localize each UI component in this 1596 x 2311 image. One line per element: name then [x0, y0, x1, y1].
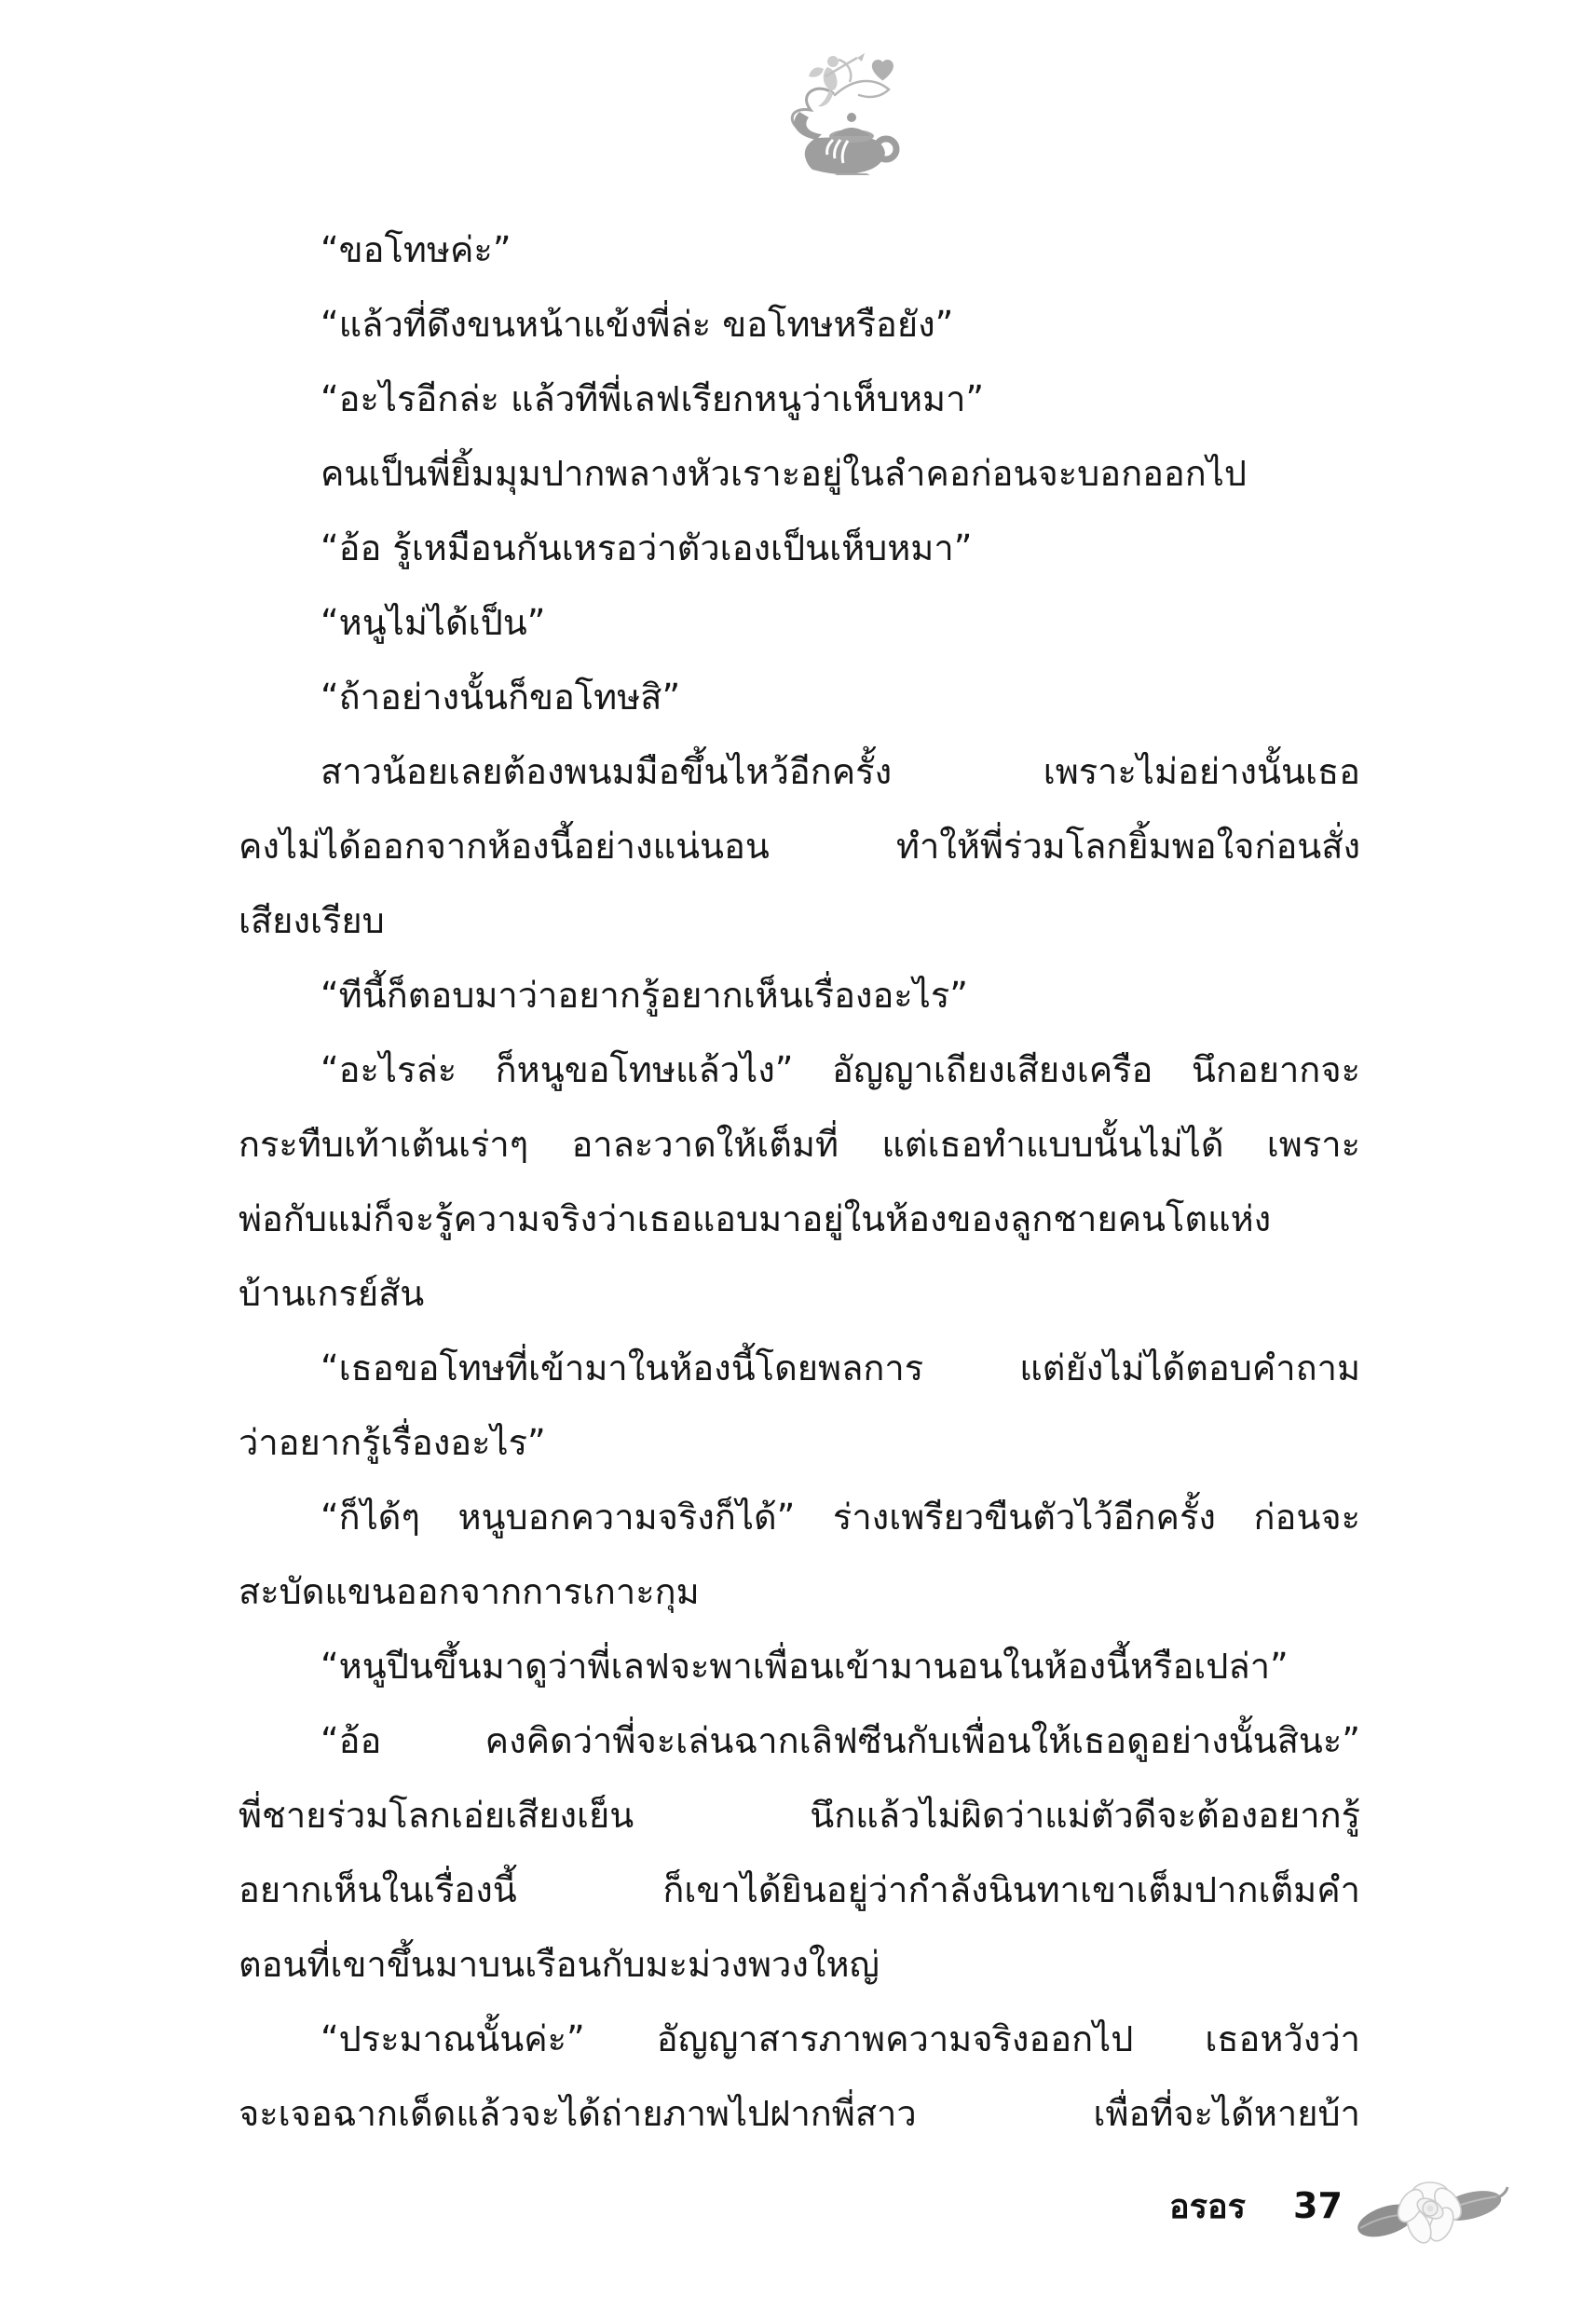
text-line: กระทืบเท้าเต้นเร่าๆ อาละวาดให้เต็มที่ แต… — [239, 1107, 1360, 1182]
footer-page-number: 37 — [1293, 2185, 1343, 2226]
text-line: เสียงเรียบ — [239, 883, 1360, 958]
text-block: “ขอโทษค่ะ”“แล้วที่ดึงขนหน้าแข้งพี่ล่ะ ขอ… — [239, 212, 1360, 2151]
text-line: พี่ชายร่วมโลกเอ่ยเสียงเย็น นึกแล้วไม่ผิด… — [239, 1778, 1360, 1853]
text-line: คนเป็นพี่ยิ้มมุมปากพลางหัวเราะอยู่ในลำคอ… — [239, 436, 1360, 511]
text-line: “ถ้าอย่างนั้นก็ขอโทษสิ” — [239, 660, 1360, 734]
text-line: “แล้วที่ดึงขนหน้าแข้งพี่ล่ะ ขอโทษหรือยัง… — [239, 287, 1360, 362]
text-line: “หนูปีนขึ้นมาดูว่าพี่เลฟจะพาเพื่อนเข้ามา… — [239, 1629, 1360, 1703]
text-line: “เธอขอโทษที่เข้ามาในห้องนี้โดยพลการ แต่ย… — [239, 1331, 1360, 1405]
footer: อรอร 37 — [1071, 2167, 1519, 2260]
text-line: “หนูไม่ได้เป็น” — [239, 585, 1360, 660]
cupid-genie-lamp-icon — [781, 45, 902, 175]
text-line: “อะไรล่ะ ก็หนูขอโทษแล้วไง” อัญญาเถียงเสี… — [239, 1032, 1360, 1107]
gardenia-flower-icon — [1351, 2167, 1509, 2260]
text-line: “อ้อ รู้เหมือนกันเหรอว่าตัวเองเป็นเห็บหม… — [239, 511, 1360, 585]
text-line: อยากเห็นในเรื่องนี้ ก็เขาได้ยินอยู่ว่ากำ… — [239, 1853, 1360, 1927]
footer-author-label: อรอร — [1169, 2187, 1246, 2228]
flower-center — [1423, 2201, 1438, 2216]
text-line: “อะไรอีกล่ะ แล้วทีพี่เลฟเรียกหนูว่าเห็บห… — [239, 362, 1360, 436]
text-line: จะเจอฉากเด็ดแล้วจะได้ถ่ายภาพไปฝากพี่สาว … — [239, 2076, 1360, 2151]
heart-shape — [872, 60, 893, 80]
text-line: สะบัดแขนออกจากการเกาะกุม — [239, 1554, 1360, 1629]
text-line: บ้านเกรย์สัน — [239, 1256, 1360, 1331]
text-line: ตอนที่เขาขึ้นมาบนเรือนกับมะม่วงพวงใหญ่ — [239, 1927, 1360, 2002]
text-line: “ทีนี้ก็ตอบมาว่าอยากรู้อยากเห็นเรื่องอะไ… — [239, 958, 1360, 1032]
text-line: คงไม่ได้ออกจากห้องนี้อย่างแน่นอน ทำให้พี… — [239, 809, 1360, 883]
book-page: “ขอโทษค่ะ”“แล้วที่ดึงขนหน้าแข้งพี่ล่ะ ขอ… — [0, 0, 1596, 2311]
text-line: “ก็ได้ๆ หนูบอกความจริงก็ได้” ร่างเพรียวข… — [239, 1480, 1360, 1554]
text-line: ว่าอยากรู้เรื่องอะไร” — [239, 1405, 1360, 1480]
text-line: “อ้อ คงคิดว่าพี่จะเล่นฉากเลิฟซีนกับเพื่อ… — [239, 1703, 1360, 1778]
text-line: “ขอโทษค่ะ” — [239, 212, 1360, 287]
cupid-silhouette — [809, 53, 865, 106]
text-line: พ่อกับแม่ก็จะรู้ความจริงว่าเธอแอบมาอยู่ใ… — [239, 1182, 1360, 1256]
text-line: สาวน้อยเลยต้องพนมมือขึ้นไหว้อีกครั้ง เพร… — [239, 734, 1360, 809]
text-line: “ประมาณนั้นค่ะ” อัญญาสารภาพความจริงออกไป… — [239, 2002, 1360, 2076]
